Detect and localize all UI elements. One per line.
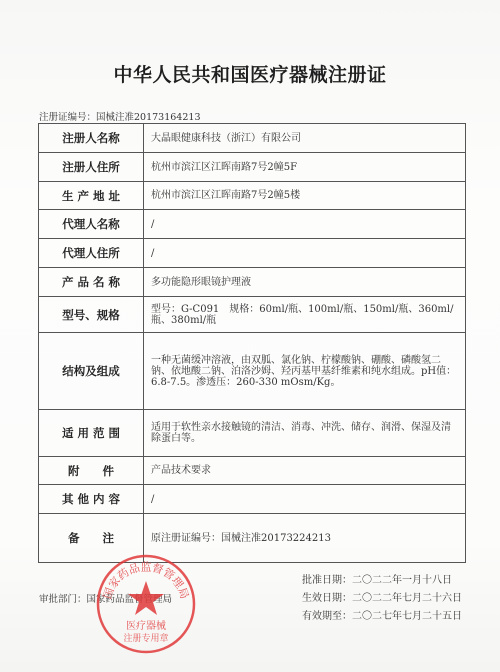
- row-label: 附 件: [39, 457, 144, 485]
- row-value: /: [144, 210, 466, 239]
- certificate-number: 注册证编号：国械注准20173164213: [39, 109, 201, 123]
- row-label: 结构及组成: [39, 333, 144, 410]
- row-value: /: [144, 239, 466, 268]
- dates-block: 批准日期：二〇二二年一月十八日 生效日期：二〇二二年七月二十六日 有效期至：二〇…: [302, 572, 462, 626]
- expiry-date: 有效期至：二〇二七年七月二十五日: [302, 608, 462, 626]
- row-value: 杭州市滨江区江晖南路7号2幢5楼: [144, 182, 466, 210]
- table-row: 适 用 范 围 适用于软性亲水接触镜的清洁、消毒、冲洗、储存、润滑、保湿及清除蛋…: [39, 410, 466, 457]
- row-value: 大晶眼健康科技（浙江）有限公司: [144, 124, 466, 153]
- row-label: 产 品 名 称: [39, 268, 144, 297]
- table-row: 生 产 地 址 杭州市滨江区江晖南路7号2幢5楼: [39, 182, 466, 210]
- row-label: 适 用 范 围: [39, 410, 144, 457]
- row-value: 多功能隐形眼镜护理液: [144, 268, 466, 297]
- row-value: 一种无菌缓冲溶液，由双胍、氯化钠、柠檬酸钠、硼酸、磷酸氢二钠、依地酸二钠、泊洛沙…: [144, 333, 466, 410]
- row-value: 型号：G-C091 规格：60ml/瓶、100ml/瓶、150ml/瓶、360m…: [144, 297, 466, 333]
- table-row: 注册人住所 杭州市滨江区江晖南路7号2幢5F: [39, 153, 466, 182]
- svg-text:医疗器械: 医疗器械: [126, 619, 166, 632]
- row-label: 其 他 内 容: [39, 485, 144, 514]
- approval-date: 批准日期：二〇二二年一月十八日: [302, 572, 462, 590]
- row-value: /: [144, 485, 466, 514]
- row-label: 代理人住所: [39, 239, 144, 268]
- table-row: 附 件 产品技术要求: [39, 457, 466, 485]
- table-row: 产 品 名 称 多功能隐形眼镜护理液: [39, 268, 466, 297]
- row-value: 适用于软性亲水接触镜的清洁、消毒、冲洗、储存、润滑、保湿及清除蛋白等。: [144, 410, 466, 457]
- effective-date: 生效日期：二〇二二年七月二十六日: [302, 590, 462, 608]
- table-row: 型号、规格 型号：G-C091 规格：60ml/瓶、100ml/瓶、150ml/…: [39, 297, 466, 333]
- official-seal-icon: 国家药品监督管理局 医疗器械 注册专用章: [95, 553, 197, 655]
- table-row: 结构及组成 一种无菌缓冲溶液，由双胍、氯化钠、柠檬酸钠、硼酸、磷酸氢二钠、依地酸…: [39, 333, 466, 410]
- svg-text:注册专用章: 注册专用章: [123, 632, 168, 644]
- certificate-info-table: 注册人名称 大晶眼健康科技（浙江）有限公司 注册人住所 杭州市滨江区江晖南路7号…: [38, 123, 466, 563]
- table-row: 注册人名称 大晶眼健康科技（浙江）有限公司: [39, 124, 466, 153]
- table-row: 其 他 内 容 /: [39, 485, 466, 514]
- document-title: 中华人民共和国医疗器械注册证: [0, 60, 500, 87]
- row-label: 代理人名称: [39, 210, 144, 239]
- row-label: 生 产 地 址: [39, 182, 144, 210]
- certificate-page: 中华人民共和国医疗器械注册证 注册证编号：国械注准20173164213 注册人…: [0, 0, 500, 672]
- row-value: 产品技术要求: [144, 457, 466, 485]
- table-row: 代理人名称 /: [39, 210, 466, 239]
- table-row: 代理人住所 /: [39, 239, 466, 268]
- row-label: 型号、规格: [39, 297, 144, 333]
- row-value: 杭州市滨江区江晖南路7号2幢5F: [144, 153, 466, 182]
- row-label: 注册人名称: [39, 124, 144, 153]
- row-label: 注册人住所: [39, 153, 144, 182]
